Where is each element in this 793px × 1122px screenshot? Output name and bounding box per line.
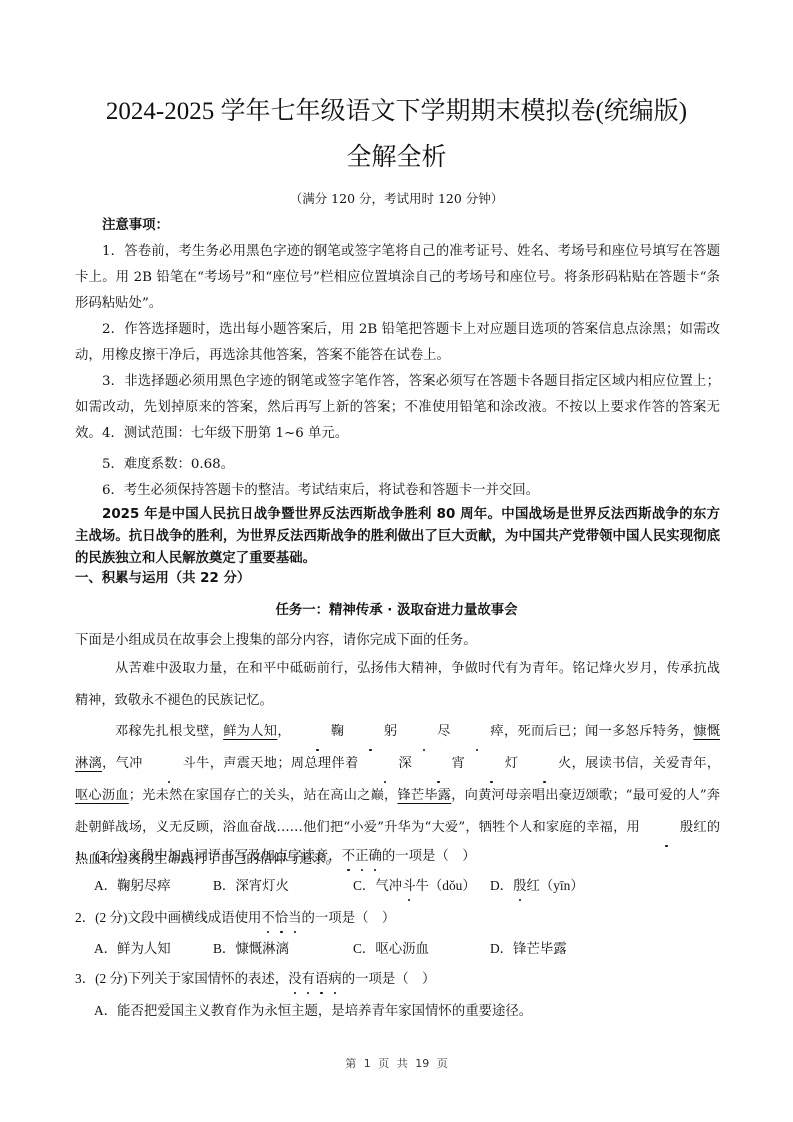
passage-text: ，气冲 (102, 756, 143, 771)
question-stem: (2 分)文段中加点词语书写及加点字读音， (95, 848, 342, 863)
question-stem-end: 的一项是（ ） (302, 910, 396, 925)
q1-option-a[interactable]: A．鞠躬尽瘁 (94, 874, 171, 898)
option-text: 牛（dǒu） (416, 878, 476, 893)
underlined-idiom-c: 呕心沥血 (75, 788, 129, 803)
q1-option-d[interactable]: D．殷红（yīn） (490, 874, 584, 898)
q2-option-d[interactable]: D．锋芒毕露 (490, 937, 567, 961)
emphasis-dotted: 不正确 (342, 848, 382, 863)
q2-option-b[interactable]: B．慷慨淋漓 (213, 937, 289, 961)
dotted-word-b: 深宵灯火 (358, 756, 571, 771)
option-text: C．气冲 (353, 878, 402, 893)
dotted-char: 殷 (513, 874, 526, 898)
dotted-word-a: 鞠躬尽瘁 (291, 724, 504, 739)
option-text: D． (490, 878, 513, 893)
question-stem: (2 分)下列关于家国情怀的表述， (95, 971, 288, 986)
question-number: 2． (75, 910, 95, 925)
task-intro: 下面是小组成员在故事会上搜集的部分内容，请你完成下面的任务。 (75, 628, 720, 654)
dotted-char: 斗 (402, 874, 415, 898)
passage-text: ；光未然在家国存亡的关头，站在高山之巅， (129, 788, 398, 803)
q1-option-b[interactable]: B．深宵灯火 (213, 874, 289, 898)
dotted-char-dou: 斗 (143, 748, 196, 780)
underlined-idiom-a: 鲜为人知 (223, 724, 277, 739)
passage-text: 邓稼先扎根戈壁， (115, 724, 223, 739)
notice-item-1: 1．答卷前，考生务必用黑色字迹的钢笔或签字笔将自己的准考证号、姓名、考场号和座位… (75, 239, 720, 317)
q2-option-a[interactable]: A．鲜为人知 (94, 937, 171, 961)
question-stem-end: 的一项是（ ） (342, 971, 436, 986)
document-subtitle: 全解全析 (0, 140, 793, 174)
notice-item-2: 2．作答选择题时，选出每小题答案后，用 2B 铅笔把答题卡上对应题目选项的答案信… (75, 317, 720, 369)
notice-item-4: 4．测试范围：七年级下册第 1~6 单元。 (75, 421, 720, 447)
emphasis-dotted: 没有语病 (288, 971, 342, 986)
page-number: 第 1 页 共 19 页 (0, 1056, 793, 1072)
passage-paragraph-1: 从苦难中汲取力量，在和平中砥砺前行，弘扬伟大精神，争做时代有为青年。铭记烽火岁月… (75, 653, 720, 717)
passage-text: ，展读书信，关爱青年， (571, 756, 720, 771)
q2-option-c[interactable]: C．呕心沥血 (353, 937, 429, 961)
notice-item-5: 5．难度系数：0.68。 (75, 452, 720, 478)
q3-option-a[interactable]: A．能否把爱国主义教育作为永恒主题，是培养青年家国情怀的重要途径。 (94, 999, 532, 1023)
question-1: 1．(2 分)文段中加点词语书写及加点字读音，不正确的一项是（ ） (75, 844, 476, 868)
task-title: 任务一：精神传承 · 汲取奋进力量故事会 (0, 599, 793, 623)
question-stem-end: 的一项是（ ） (382, 848, 476, 863)
notice-heading: 注意事项： (102, 213, 169, 239)
question-3: 3．(2 分)下列关于家国情怀的表述，没有语病的一项是（ ） (75, 967, 435, 991)
passage-text: ， (277, 724, 291, 739)
emphasis-dotted: 不恰当 (261, 910, 301, 925)
question-stem: (2 分)文段中画横线成语使用 (95, 910, 261, 925)
passage-text: ，死而后已；闻一多怒斥特务， (504, 724, 694, 739)
notice-item-6: 6．考生必须保持答题卡的整洁。考试结束后，将试卷和答题卡一并交回。 (75, 478, 720, 504)
intro-paragraph: 2025 年是中国人民抗日战争暨世界反法西斯战争胜利 80 周年。中国战场是世界… (75, 504, 720, 570)
dotted-char-yin: 殷 (640, 812, 693, 844)
q1-option-c[interactable]: C．气冲斗牛（dǒu） (353, 874, 476, 898)
underlined-idiom-d: 锋芒毕露 (397, 788, 451, 803)
exam-page: 2024-2025 学年七年级语文下学期期末模拟卷(统编版) 全解全析 （满分 … (0, 0, 793, 1122)
question-2: 2．(2 分)文段中画横线成语使用不恰当的一项是（ ） (75, 906, 395, 930)
question-number: 1． (75, 848, 95, 863)
passage-text: 牛，声震天地；周总理伴着 (196, 756, 359, 771)
score-info: （满分 120 分，考试用时 120 分钟） (0, 190, 793, 208)
section-heading: 一、积累与运用（共 22 分） (75, 568, 720, 590)
document-title: 2024-2025 学年七年级语文下学期期末模拟卷(统编版) (0, 96, 793, 128)
option-text: 红（yīn） (526, 878, 583, 893)
question-number: 3． (75, 971, 95, 986)
